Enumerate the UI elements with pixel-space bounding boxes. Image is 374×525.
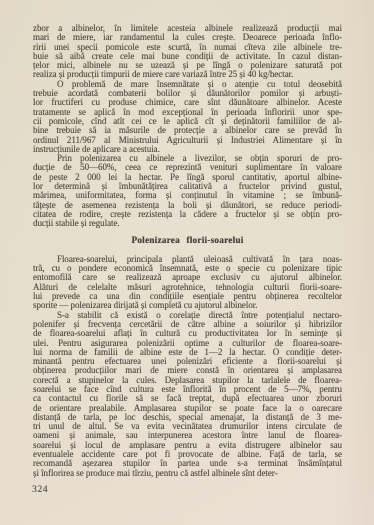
text-line: tățește de asemenea rezistența la boli ș… [33, 201, 342, 210]
text-line: bine trebuie să ia măsurile de protecție… [33, 126, 342, 135]
text-line: și înflorirea se produce mai tîrziu, pen… [33, 469, 342, 478]
text-line: lui prevede ca una din condițiile esenți… [33, 292, 342, 301]
paragraph: S-a stabilit că există o corelație direc… [33, 311, 342, 478]
text-line: S-a stabilit că există o corelație direc… [33, 311, 342, 320]
text-line: lor fructiferi cu produse chimice, care … [33, 98, 342, 107]
text-line: mărimea, uniformitatea, forma și conținu… [33, 191, 342, 200]
page-text: zbor a albinelor, în limitele acesteia a… [33, 24, 342, 478]
text-line: trebuie acordată combaterii bolilor și d… [33, 89, 342, 98]
text-line: țelor mici, albinele nu se uzează și pe … [33, 61, 342, 70]
text-line: tri unul de altul. Se va evita vecinătat… [33, 422, 342, 431]
text-line: mari de miere, iar randamentul la cules … [33, 33, 342, 42]
text-line: lor determină și îmbunătățirea calitativ… [33, 182, 342, 191]
paragraph: Prin polenizarea cu albinele a livezilor… [33, 154, 342, 228]
text-line: Floarea-soarelui, principala plantă ulei… [33, 255, 342, 264]
paragraph: zbor a albinelor, în limitele acesteia a… [33, 24, 342, 80]
text-line: corectă a stupinelor la cules. Deplasare… [33, 376, 342, 385]
text-line: de peste 2 000 lei la hectar. Pe lîngă s… [33, 173, 342, 182]
text-line: sporite — polenizarea dirijată și comple… [33, 301, 342, 310]
text-line: ririi unei specii pomicole este scurtă, … [33, 43, 342, 52]
text-line: ducție de 50—60%, ceea ce reprezintă ven… [33, 163, 342, 172]
text-line: citatea de rodire, crește rezistența la … [33, 210, 342, 219]
text-line: ordinul 211/967 al Ministrului Agricultu… [33, 136, 342, 145]
text-line: oameni și animale, sau interpunerea aces… [33, 431, 342, 440]
text-line: polenifer și frecvența cercetării de căt… [33, 320, 342, 329]
text-line: ca contactul cu florile să se facă trept… [33, 394, 342, 403]
text-line: soarelui se face cînd cultura este înflo… [33, 385, 342, 394]
text-line: distanță de tarla, pe loc deschis, speci… [33, 413, 342, 422]
text-line: tră, cu o pondere economică însemnată, e… [33, 264, 342, 273]
text-line: instrucțiunile de aplicare a acestuia. [33, 145, 342, 154]
text-line: ducții stabile și regulate. [33, 219, 342, 228]
book-page: zbor a albinelor, în limitele acesteia a… [0, 0, 374, 525]
text-line: obținerea producțiilor mari de miere con… [33, 366, 342, 375]
page-number: 324 [32, 484, 48, 495]
text-line: cii pomicole, cînd atît cei ce le aplică… [33, 117, 342, 126]
text-line: realiza și producții timpurii de miere c… [33, 70, 342, 79]
text-line: soarelui și locul de amplasare pentru a … [33, 441, 342, 450]
text-line: eventualele accidente care pot fi provoc… [33, 450, 342, 459]
text-line: zbor a albinelor, în limitele acesteia a… [33, 24, 342, 33]
text-line: Prin polenizarea cu albinele a livezilor… [33, 154, 342, 163]
text-line: entomofilă care se realizează aproape ex… [33, 273, 342, 282]
text-line: minantă pentru efectuarea unei polenizăr… [33, 357, 342, 366]
text-line: recomandă așezarea stupilor în partea un… [33, 459, 342, 468]
text-line: ulei. Pentru asigurarea polenizării opti… [33, 339, 342, 348]
paragraph: Floarea-soarelui, principala plantă ulei… [33, 255, 342, 311]
text-line: tratamente se aplică în mod excepțional … [33, 108, 342, 117]
paragraph: O problemă de mare însemnătate și o aten… [33, 80, 342, 154]
text-line: O problemă de mare însemnătate și o aten… [33, 80, 342, 89]
text-line: de floarea-soarelui aflați în cultură cu… [33, 329, 342, 338]
section-heading: Polenizarea florii-soarelui [33, 237, 342, 246]
text-line: lui norma de familii de albine este de 1… [33, 348, 342, 357]
text-line: buie să aibă create cele mai bune condiț… [33, 52, 342, 61]
text-line: de orientare prealabile. Amplasarea stup… [33, 404, 342, 413]
text-line: Alături de celelalte măsuri agrotehnice,… [33, 283, 342, 292]
